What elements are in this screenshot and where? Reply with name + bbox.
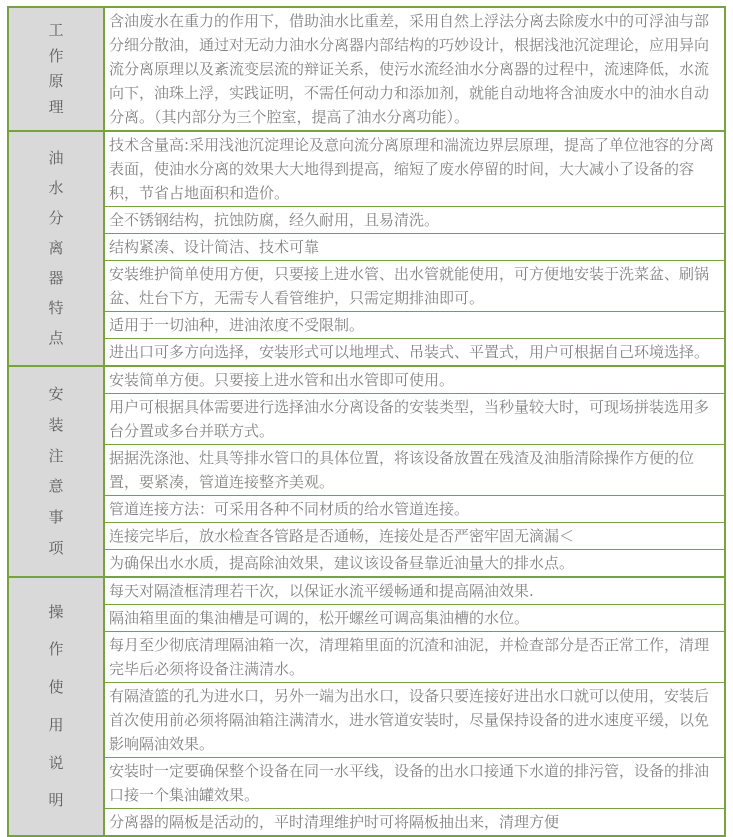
row-text: 连接完毕后，放水检查各管路是否通畅，连接处是否严密牢固无滴漏＜ <box>109 524 574 548</box>
row-text: 用户可根据具体需要进行选择油水分离设备的安装类型，当秒量较大时，可现场拼装选用多… <box>109 395 719 443</box>
row-text: 分离器的隔板是活动的，平时清理维护时可将隔板抽出来，清理方便 <box>109 810 559 834</box>
table-row: 每月至少彻底清理隔油箱一次，清理箱里面的沉渣和油泥，并检查部分是否正常工作，清理… <box>105 632 724 683</box>
table-row: 分离器的隔板是活动的，平时清理维护时可将隔板抽出来，清理方便 <box>105 809 724 835</box>
table-row: 进出口可多方向选择，安装形式可以地埋式、吊装式、平置式，用户可根据自己环境选择。 <box>105 339 724 365</box>
section-title-separator-features: 油水分离器特点 <box>9 132 105 365</box>
row-text: 进出口可多方向选择，安装形式可以地埋式、吊装式、平置式，用户可根据自己环境选择。 <box>109 340 709 364</box>
row-text: 适用于一切油种，进油浓度不受限制。 <box>109 313 364 337</box>
row-text: 管道连接方法：可采用各种不同材质的给水管道连接。 <box>109 497 469 521</box>
row-text: 安装维护简单使用方便，只要接上进水管、出水管就能使用，可方便地安装于洗菜盆、刷锅… <box>109 262 719 310</box>
table-row: 管道连接方法：可采用各种不同材质的给水管道连接。 <box>105 496 724 523</box>
row-text: 全不锈钢结构，抗蚀防腐，经久耐用，且易清洗。 <box>109 208 439 232</box>
row-text: 安装时一定要确保整个设备在同一水平线，设备的出水口接通下水道的排污管，设备的排油… <box>109 759 719 807</box>
row-text: 每月至少彻底清理隔油箱一次，清理箱里面的沉渣和油泥，并检查部分是否正常工作，清理… <box>109 633 719 681</box>
row-text: 据据洗涤池、灶具等排水管口的具体位置，将该设备放置在残渣及油脂清除操作方便的位置… <box>109 446 719 494</box>
section-title-installation-notes: 安装注意事项 <box>9 367 105 576</box>
row-text: 隔油箱里面的集油槽是可调的，松开螺丝可调高集油槽的水位。 <box>109 606 529 630</box>
table-row: 用户可根据具体需要进行选择油水分离设备的安装类型，当秒量较大时，可现场拼装选用多… <box>105 394 724 445</box>
table-row: 安装维护简单使用方便，只要接上进水管、出水管就能使用，可方便地安装于洗菜盆、刷锅… <box>105 261 724 312</box>
table-row: 结构紧凑、设计简洁、技术可靠 <box>105 234 724 261</box>
table-row: 为确保出水水质，提高除油效果，建议该设备昼靠近油量大的排水点。 <box>105 550 724 576</box>
row-text: 技术含量高:采用浅池沉淀理论及意向流分离原理和湍流边界层原理，提高了单位池容的分… <box>109 133 719 205</box>
page: 工作原理 含油废水在重力的作用下，借助油水比重差，采用自然上浮法分离去除废水中的… <box>0 0 733 768</box>
table-row: 适用于一切油种，进油浓度不受限制。 <box>105 312 724 339</box>
section-working-principle: 工作原理 含油废水在重力的作用下，借助油水比重差，采用自然上浮法分离去除废水中的… <box>9 8 724 132</box>
table-row: 有隔渣篮的孔为进水口，另外一端为出水口，设备只要连接好进出水口就可以使用，安装后… <box>105 683 724 758</box>
table-row: 全不锈钢结构，抗蚀防腐，经久耐用，且易清洗。 <box>105 207 724 234</box>
table-row: 安装时一定要确保整个设备在同一水平线，设备的出水口接通下水道的排污管，设备的排油… <box>105 758 724 809</box>
row-text: 有隔渣篮的孔为进水口，另外一端为出水口，设备只要连接好进出水口就可以使用，安装后… <box>109 684 719 756</box>
section-title-working-principle: 工作原理 <box>9 8 105 130</box>
section-body: 含油废水在重力的作用下，借助油水比重差，采用自然上浮法分离去除废水中的可浮油与部… <box>105 8 724 130</box>
table-row: 连接完毕后，放水检查各管路是否通畅，连接处是否严密牢固无滴漏＜ <box>105 523 724 550</box>
section-body: 技术含量高:采用浅池沉淀理论及意向流分离原理和湍流边界层原理，提高了单位池容的分… <box>105 132 724 365</box>
row-text: 为确保出水水质，提高除油效果，建议该设备昼靠近油量大的排水点。 <box>109 551 574 575</box>
table-row: 安装简单方便。只要接上进水管和出水管即可使用。 <box>105 367 724 394</box>
table-row: 据据洗涤池、灶具等排水管口的具体位置，将该设备放置在残渣及油脂清除操作方便的位置… <box>105 445 724 496</box>
row-text: 安装简单方便。只要接上进水管和出水管即可使用。 <box>109 368 454 392</box>
section-title-operating-instructions: 操作使用说明 <box>9 578 105 835</box>
section-body: 安装简单方便。只要接上进水管和出水管即可使用。 用户可根据具体需要进行选择油水分… <box>105 367 724 576</box>
table-row: 技术含量高:采用浅池沉淀理论及意向流分离原理和湍流边界层原理，提高了单位池容的分… <box>105 132 724 207</box>
section-body: 每天对隔渣框清理若干次，以保证水流平缓畅通和提高隔油效果. 隔油箱里面的集油槽是… <box>105 578 724 835</box>
table-row: 隔油箱里面的集油槽是可调的，松开螺丝可调高集油槽的水位。 <box>105 605 724 632</box>
section-installation-notes: 安装注意事项 安装简单方便。只要接上进水管和出水管即可使用。 用户可根据具体需要… <box>9 367 724 578</box>
product-spec-table: 工作原理 含油废水在重力的作用下，借助油水比重差，采用自然上浮法分离去除废水中的… <box>7 6 726 837</box>
table-row: 每天对隔渣框清理若干次，以保证水流平缓畅通和提高隔油效果. <box>105 578 724 605</box>
row-text: 含油废水在重力的作用下，借助油水比重差，采用自然上浮法分离去除废水中的可浮油与部… <box>109 9 719 129</box>
section-separator-features: 油水分离器特点 技术含量高:采用浅池沉淀理论及意向流分离原理和湍流边界层原理，提… <box>9 132 724 367</box>
row-text: 每天对隔渣框清理若干次，以保证水流平缓畅通和提高隔油效果. <box>109 579 534 603</box>
section-operating-instructions: 操作使用说明 每天对隔渣框清理若干次，以保证水流平缓畅通和提高隔油效果. 隔油箱… <box>9 578 724 835</box>
row-text: 结构紧凑、设计简洁、技术可靠 <box>109 235 319 259</box>
table-row: 含油废水在重力的作用下，借助油水比重差，采用自然上浮法分离去除废水中的可浮油与部… <box>105 8 724 130</box>
